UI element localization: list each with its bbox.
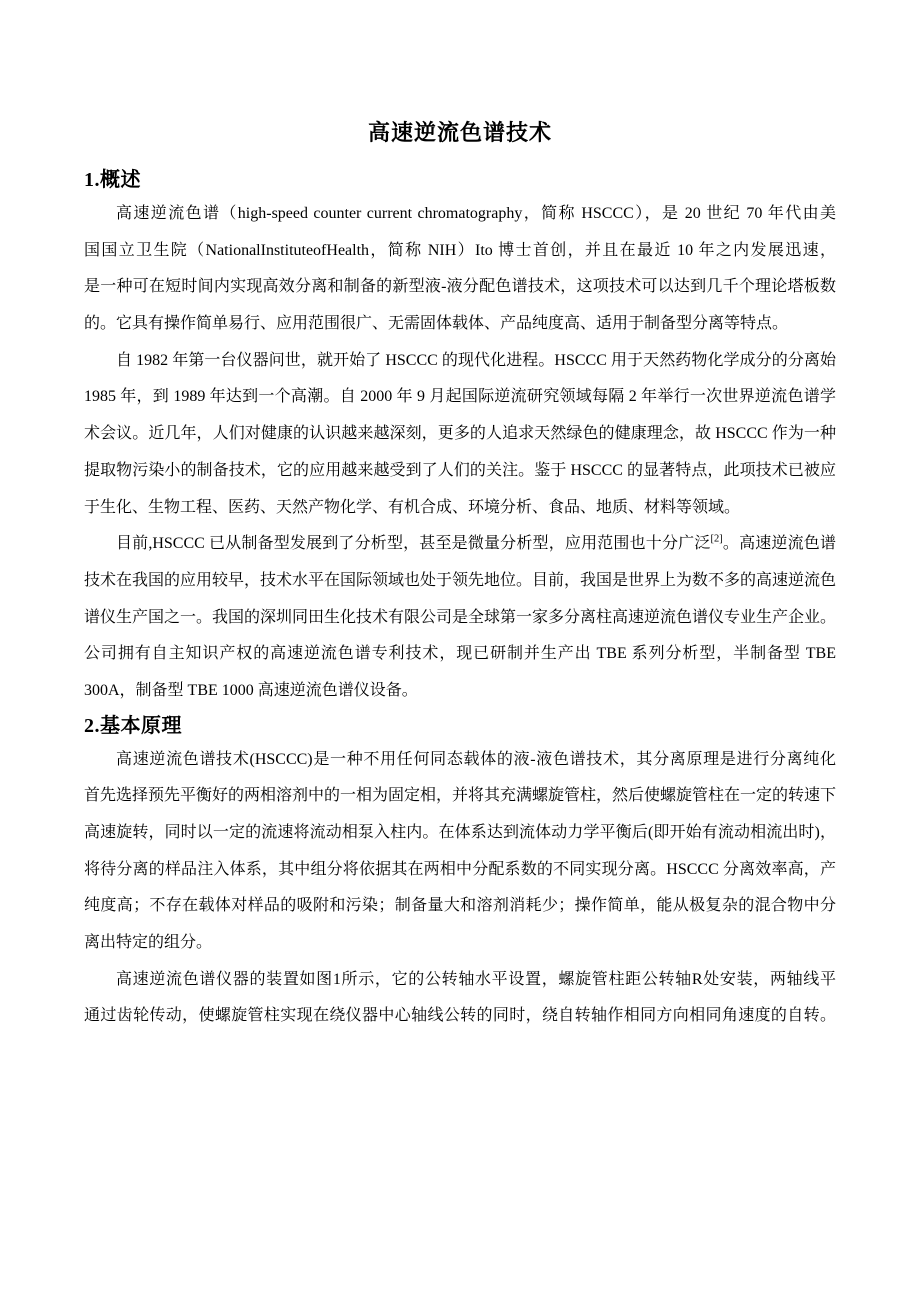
paragraph-line: 通过齿轮传动，使螺旋管柱实现在绕仪器中心轴线公转的同时，绕自转轴作相同方向相同角… <box>84 998 836 1035</box>
paragraph-line: 1985 年，到 1989 年达到一个高潮。自 2000 年 9 月起国际逆流研… <box>84 379 836 416</box>
paragraph-line: 国国立卫生院（NationalInstituteofHealth，简称 NIH）… <box>84 233 836 270</box>
paragraph-line: 纯度高；不存在载体对样品的吸附和污染；制备量大和溶剂消耗少；操作简单，能从极复杂… <box>84 888 836 925</box>
paragraph-line: 公司拥有自主知识产权的高速逆流色谱专利技术，现已研制并生产出 TBE 系列分析型… <box>84 636 836 673</box>
paragraph-line: 谱仪生产国之一。我国的深圳同田生化技术有限公司是全球第一家多分离柱高速逆流色谱仪… <box>84 600 836 637</box>
paragraph-line: 技术在我国的应用较早，技术水平在国际领域也处于领先地位。目前，我国是世界上为数不… <box>84 563 836 600</box>
paragraph-line: 高速旋转，同时以一定的流速将流动相泵入柱内。在体系达到流体动力学平衡后(即开始有… <box>84 815 836 852</box>
paragraph-line: 自 1982 年第一台仪器问世，就开始了 HSCCC 的现代化进程。HSCCC … <box>84 343 836 380</box>
paragraph-line: 术会议。近几年，人们对健康的认识越来越深刻，更多的人追求天然绿色的健康理念，故 … <box>84 416 836 453</box>
paragraph-line: 离出特定的组分。 <box>84 925 836 962</box>
paragraph-line: 将待分离的样品注入体系，其中组分将依据其在两相中分配系数的不同实现分离。HSCC… <box>84 852 836 889</box>
section-heading: 2.基本原理 <box>84 710 836 742</box>
document-page: 高速逆流色谱技术 1.概述高速逆流色谱（high-speed counter c… <box>0 0 920 1302</box>
section-heading: 1.概述 <box>84 164 836 196</box>
document-body: 1.概述高速逆流色谱（high-speed counter current ch… <box>84 164 836 1035</box>
paragraph-line: 于生化、生物工程、医药、天然产物化学、有机合成、环境分析、食品、地质、材料等领域… <box>84 490 836 527</box>
page-title: 高速逆流色谱技术 <box>84 116 836 150</box>
paragraph-line: 的。它具有操作简单易行、应用范围很广、无需固体载体、产品纯度高、适用于制备型分离… <box>84 306 836 343</box>
paragraph-line: 目前,HSCCC 已从制备型发展到了分析型，甚至是微量分析型，应用范围也十分广泛… <box>84 526 836 563</box>
paragraph-line: 提取物污染小的制备技术，它的应用越来越受到了人们的关注。鉴于 HSCCC 的显著… <box>84 453 836 490</box>
paragraph-line: 高速逆流色谱（high-speed counter current chroma… <box>84 196 836 233</box>
text-segment: 。高速逆流色谱 <box>723 535 836 552</box>
superscript-reference: [2] <box>710 534 722 545</box>
paragraph-line: 是一种可在短时间内实现高效分离和制备的新型液-液分配色谱技术，这项技术可以达到几… <box>84 269 836 306</box>
text-segment: 目前,HSCCC 已从制备型发展到了分析型，甚至是微量分析型，应用范围也十分广泛 <box>116 535 710 552</box>
paragraph-line: 300A，制备型 TBE 1000 高速逆流色谱仪设备。 <box>84 673 836 710</box>
paragraph-line: 首先选择预先平衡好的两相溶剂中的一相为固定相，并将其充满螺旋管柱，然后使螺旋管柱… <box>84 778 836 815</box>
paragraph-line: 高速逆流色谱技术(HSCCC)是一种不用任何同态载体的液-液色谱技术，其分离原理… <box>84 742 836 779</box>
paragraph-line: 高速逆流色谱仪器的装置如图1所示，它的公转轴水平设置，螺旋管柱距公转轴R处安装，… <box>84 962 836 999</box>
document-content: 高速逆流色谱技术 1.概述高速逆流色谱（high-speed counter c… <box>0 116 920 1035</box>
